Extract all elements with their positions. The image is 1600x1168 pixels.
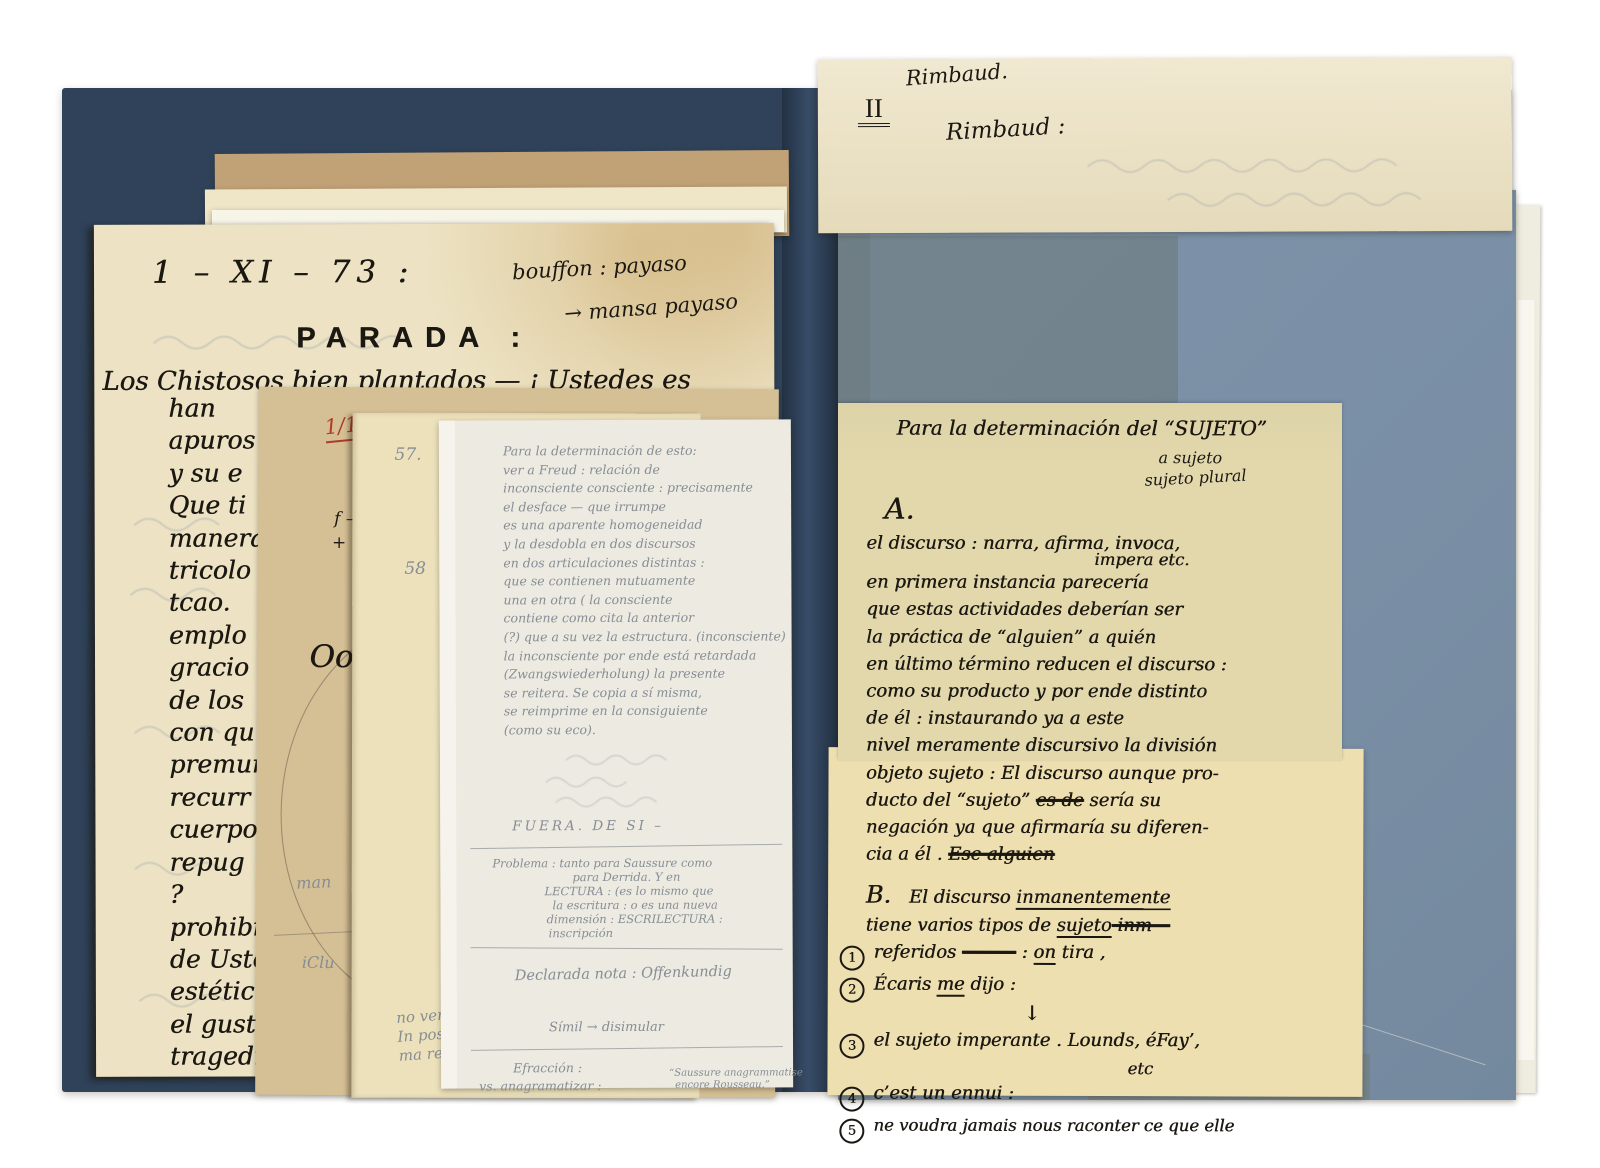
- text-run: referidos: [874, 941, 962, 962]
- pencil-notes-page: Para la determinación de esto:ver a Freu…: [439, 419, 793, 1088]
- body-line-inserted: impera etc.: [1094, 551, 1346, 569]
- list-item-3-sub: etc: [1127, 1059, 1345, 1078]
- page-number-57: 57.: [395, 445, 422, 465]
- mark-plus: +: [332, 533, 346, 553]
- pencil-line: (como su eco).: [504, 720, 794, 740]
- text-run: tira ,: [1056, 942, 1106, 963]
- circled-number: 5: [839, 1119, 864, 1144]
- pencil-line: se reitera. Se copia a sí misma,: [504, 683, 794, 703]
- problema-line: dimensión : ESCRILECTURA :: [547, 912, 723, 927]
- problema-line: la escritura : o es una nueva: [553, 898, 718, 913]
- sujeto-text-layer: Para la determinación del “SUJETO” a suj…: [829, 410, 1350, 1097]
- pencil-line: ver a Freud : relación de: [503, 460, 793, 480]
- text-run: :: [1016, 942, 1034, 963]
- problema-line: inscripción: [549, 926, 613, 940]
- pencil-line: contiene como cita la anterior: [503, 609, 793, 629]
- rimbaud-label: Rimbaud :: [945, 113, 1066, 146]
- text-run: el sujeto imperante . Lounds, éFay’,: [873, 1030, 1199, 1052]
- pencil-line: y la desdobla en dos discursos: [503, 534, 793, 554]
- rimbaud-top-label: Rimbaud.: [905, 59, 1009, 90]
- rule-3: [471, 1046, 783, 1051]
- body-line-with-strikeout: tiene varios tipos de sujeto inm—: [866, 911, 1346, 939]
- problema-line: LECTURA : (es lo mismo que: [544, 884, 713, 899]
- pencil-line: (Zwangswiederholung) la presente: [504, 665, 794, 685]
- sujeto-subtitle-2: sujeto plural: [1144, 466, 1247, 490]
- sheet-edge-right-front: [1518, 300, 1534, 1060]
- pencil-line: que se contienen mutuamente: [503, 572, 793, 592]
- pencil-line: es una aparente homogeneidad: [503, 516, 793, 536]
- struck-text: es de: [1036, 790, 1084, 811]
- text-run: c’est un ennui :: [873, 1083, 1014, 1104]
- body-line-with-strikeout: ducto del “sujeto” es de sería su: [866, 786, 1346, 814]
- sujeto-title: Para la determinación del “SUJETO”: [897, 416, 1267, 441]
- page-number-58: 58: [404, 559, 426, 579]
- text-run: cia a él .: [866, 844, 948, 865]
- date-heading: 1 – XI – 73 :: [152, 254, 414, 291]
- text-run: ducto del “sujeto”: [866, 789, 1036, 810]
- text-run: El discurso: [909, 887, 1016, 908]
- body-line: la práctica de “alguien” a quién: [866, 623, 1346, 651]
- problema-line: para Derrida. Y en: [572, 870, 680, 884]
- efraccion-heading: Efracción :: [513, 1060, 582, 1075]
- body-line: en último término reducen el discurso :: [866, 650, 1346, 678]
- body-line: como su producto y por ende distinto: [866, 678, 1346, 706]
- pencil-line: Para la determinación de esto:: [503, 441, 793, 461]
- pencil-line: en dos articulaciones distintas :: [503, 553, 793, 573]
- fuera-heading: FUERA. DE SI –: [512, 818, 664, 835]
- card-pencil-fragment-1: man: [296, 872, 332, 893]
- section-b-heading: B.El discurso inmanentemente: [866, 882, 1346, 912]
- down-arrow-glyph: ↓: [1024, 1003, 1346, 1024]
- body-line-with-strikeout: cia a él . Ese alguien: [866, 841, 1346, 869]
- pencil-line: el desface — que irrumpe: [503, 497, 793, 517]
- pencil-line: (?) que a su vez la estructura. (inconsc…: [504, 627, 794, 647]
- anagramatizar-line: vs. anagramatizar :: [479, 1078, 601, 1093]
- underlined-text: on: [1033, 942, 1055, 965]
- glassine-overlay-top: [838, 236, 1178, 412]
- ghost-writing-faint: [486, 747, 786, 812]
- struck-text: inm—: [1112, 915, 1170, 936]
- card-pencil-fragment-2: iClu: [302, 953, 335, 972]
- circled-number: 1: [840, 946, 865, 971]
- rimbaud-sheet: Rimbaud. II Rimbaud :: [818, 57, 1513, 233]
- sujeto-subtitle-1: a sujeto: [1158, 448, 1222, 467]
- problema-line: Problema : tanto para Saussure como: [492, 856, 712, 871]
- mark-f: f –: [334, 509, 354, 529]
- body-line: nivel meramente discursivo la división: [866, 732, 1346, 760]
- struck-text: ———: [962, 942, 1016, 963]
- saussure-quote-2: encore Rousseau.”: [675, 1079, 770, 1090]
- pencil-line: una en otra ( la consciente: [503, 590, 793, 610]
- list-item-5: 5ne voudra jamais nous raconter ce que e…: [839, 1112, 1345, 1145]
- text-run: dijo :: [965, 974, 1016, 995]
- ghost-writing-mirrored: [1048, 147, 1568, 229]
- body-line: objeto sujeto : El discurso aunque pro-: [866, 759, 1346, 787]
- saussure-quote-1: “Saussure anagrammatise: [669, 1067, 803, 1078]
- pencil-line: se reimprime en la consiguiente: [504, 702, 794, 722]
- body-line: negación ya que afirmaría su diferen-: [866, 814, 1346, 842]
- simil-line: Símil → disimular: [549, 1020, 664, 1035]
- list-item-3: 3el sujeto imperante . Lounds, éFay’,: [839, 1027, 1345, 1060]
- rimbaud-numeral: II: [858, 93, 890, 124]
- text-run: sería su: [1084, 790, 1161, 811]
- archival-folder-photo: Rimbaud. II Rimbaud :: [0, 0, 1600, 1168]
- underlined-text: inmanentemente: [1016, 887, 1170, 910]
- rule-1: [470, 844, 782, 849]
- rule-2: [471, 947, 783, 950]
- body-line: que estas actividades deberían ser: [866, 596, 1346, 624]
- underlined-text: me: [937, 974, 965, 997]
- text-run: tiene varios tipos de: [866, 914, 1057, 935]
- parada-heading: PARADA :: [94, 321, 734, 356]
- circled-number: 3: [839, 1034, 864, 1059]
- circled-number: 4: [839, 1087, 864, 1112]
- list-item-4: 4c’est un ennui :: [839, 1080, 1345, 1113]
- body-line: de él : instaurando ya a este: [866, 705, 1346, 733]
- body-line: en primera instancia parecería: [866, 569, 1346, 597]
- pencil-paragraph: Para la determinación de esto:ver a Freu…: [503, 441, 794, 740]
- nota-heading: Declarada nota : Offenkundig: [515, 964, 732, 985]
- sujeto-body: el discurso : narra, afirma, invoca, imp…: [865, 530, 1346, 1145]
- pencil-line: la inconsciente por ende está retardada: [504, 646, 794, 666]
- underlined-text: sujeto: [1057, 915, 1112, 938]
- struck-text: Ese alguien: [948, 844, 1054, 865]
- section-a-heading: A.: [884, 492, 914, 526]
- section-b-letter: B.: [866, 881, 891, 909]
- text-run: Écaris: [874, 974, 937, 995]
- text-run: ne voudra jamais nous raconter ce que el…: [873, 1116, 1234, 1136]
- list-item-1: 1referidos ——— : on tira ,: [840, 938, 1346, 971]
- list-item-2: 2Écaris me dijo :: [840, 971, 1346, 1004]
- circled-number: 2: [840, 978, 865, 1003]
- pencil-line: inconsciente consciente : precisamente: [503, 479, 793, 499]
